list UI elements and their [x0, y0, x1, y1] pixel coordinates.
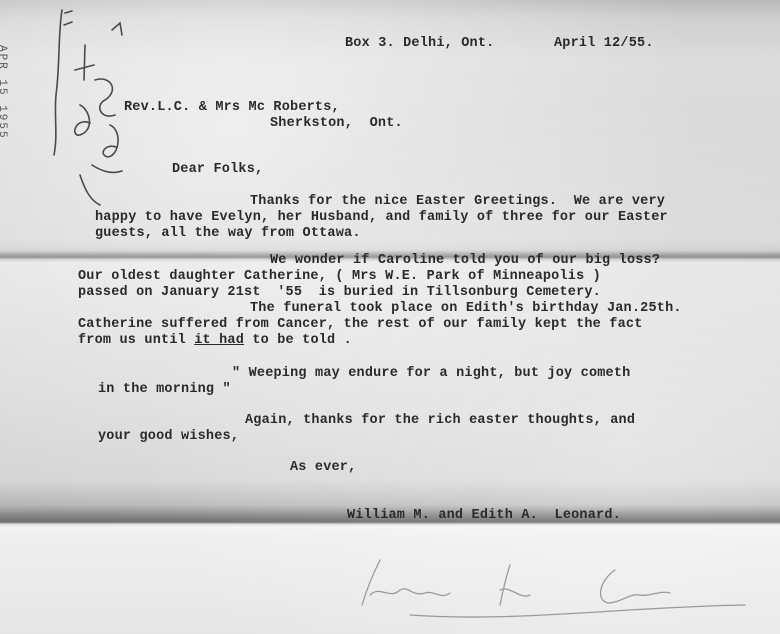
body-line: your good wishes, — [98, 429, 239, 445]
body-text: to be told . — [244, 333, 352, 348]
received-date-stamp: APR 15 1955 — [0, 45, 8, 140]
underlined-text: it had — [194, 333, 244, 348]
body-line: guests, all the way from Ottawa. — [95, 226, 361, 242]
typed-signature: William M. and Edith A. Leonard. — [347, 508, 621, 524]
body-line: passed on January 21st '55 is buried in … — [78, 285, 601, 301]
body-line: Catherine suffered from Cancer, the rest… — [78, 317, 643, 333]
sender-address: Box 3. Delhi, Ont. — [345, 36, 494, 52]
letter-date: April 12/55. — [554, 36, 654, 52]
handwritten-signature-icon — [230, 545, 760, 625]
recipient-location: Sherkston, Ont. — [270, 116, 403, 132]
salutation: Dear Folks, — [172, 162, 263, 178]
quote-line: in the morning " — [98, 382, 231, 398]
body-line: happy to have Evelyn, her Husband, and f… — [95, 210, 668, 226]
body-text: from us until — [78, 333, 194, 348]
quote-line: " Weeping may endure for a night, but jo… — [232, 366, 630, 382]
body-line: We wonder if Caroline told you of our bi… — [270, 253, 660, 269]
body-line: Again, thanks for the rich easter though… — [245, 413, 635, 429]
body-line: Thanks for the nice Easter Greetings. We… — [250, 194, 665, 210]
body-line: Our oldest daughter Catherine, ( Mrs W.E… — [78, 269, 601, 285]
body-line: The funeral took place on Edith's birthd… — [250, 301, 682, 317]
body-line: from us until it had to be told . — [78, 333, 352, 349]
letter-page: APR 15 1955 Box 3. Delhi, Ont. April 12/… — [0, 0, 780, 634]
recipient-name: Rev.L.C. & Mrs Mc Roberts, — [124, 100, 340, 116]
closing: As ever, — [290, 460, 356, 476]
